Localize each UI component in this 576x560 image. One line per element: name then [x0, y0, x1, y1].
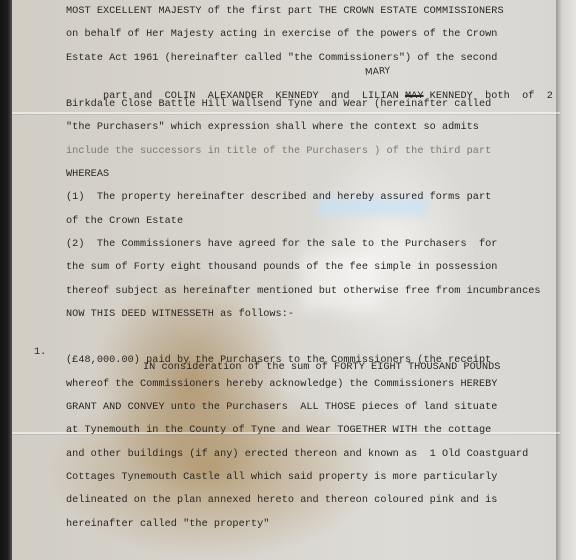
document-photo: MOST EXCELLENT MAJESTY of the first part… [0, 0, 576, 560]
recital-1: (1) The property hereinafter described a… [66, 190, 556, 213]
text-line: Birkdale Close Battle Hill Wallsend Tyne… [66, 97, 556, 120]
text-line: GRANT AND CONVEY unto the Purchasers ALL… [66, 400, 556, 423]
text-line: whereof the Commissioners hereby acknowl… [66, 377, 556, 400]
handwritten-correction: MARY [365, 64, 391, 81]
text-line: "the Purchasers" which expression shall … [66, 120, 556, 143]
clause-number: 1. [34, 345, 46, 360]
party-names-line: part and COLIN ALEXANDER KENNEDY and LIL… [66, 74, 556, 97]
witnesseth-line: NOW THIS DEED WITNESSETH as follows:- [66, 307, 556, 330]
deed-text: MOST EXCELLENT MAJESTY of the first part… [66, 4, 556, 540]
clause-1-line: 1. IN consideration of the sum of FORTY … [66, 330, 556, 353]
text-line: and other buildings (if any) erected the… [66, 447, 556, 470]
text-line: delineated on the plan annexed hereto an… [66, 493, 556, 516]
text-line: include the successors in title of the P… [66, 144, 556, 167]
text-line: MOST EXCELLENT MAJESTY of the first part… [66, 4, 556, 27]
text-line: on behalf of Her Majesty acting in exerc… [66, 27, 556, 50]
page-edge [556, 0, 576, 560]
text-line: the sum of Forty eight thousand pounds o… [66, 260, 556, 283]
text-line: Estate Act 1961 (hereinafter called "the… [66, 51, 556, 74]
recital-2: (2) The Commissioners have agreed for th… [66, 237, 556, 260]
text-line: at Tynemouth in the County of Tyne and W… [66, 423, 556, 446]
text-line: Cottages Tynemouth Castle all which said… [66, 470, 556, 493]
text-line: (£48,000.00) paid by the Purchasers to t… [66, 353, 556, 376]
text-line: thereof subject as hereinafter mentioned… [66, 284, 556, 307]
section-heading-whereas: WHEREAS [66, 167, 556, 190]
text-line: of the Crown Estate [66, 214, 556, 237]
text-line: hereinafter called "the property" [66, 517, 556, 540]
